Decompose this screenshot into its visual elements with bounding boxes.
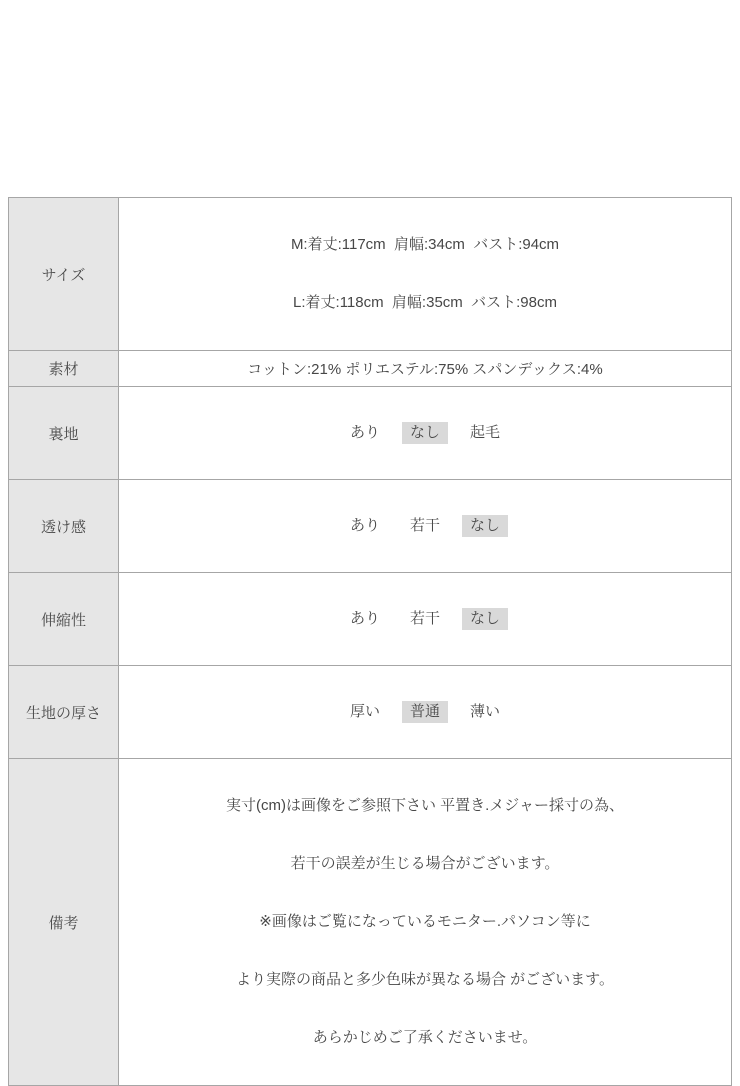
- sheerness-options: あり 若干 なし: [120, 515, 730, 537]
- spec-table: サイズ M:着丈:117cm 肩幅:34cm バスト:94cm L:着丈:118…: [8, 197, 732, 1086]
- lining-option-kimo: 起毛: [462, 422, 508, 444]
- spec-row-notes: 備考 実寸(cm)は画像をご参照下さい 平置き.メジャー採寸の為、 若干の誤差が…: [9, 759, 732, 1086]
- row-label-size: サイズ: [9, 198, 119, 351]
- product-spec-section: サイズ M:着丈:117cm 肩幅:34cm バスト:94cm L:着丈:118…: [8, 197, 732, 1086]
- spec-row-sheerness: 透け感 あり 若干 なし: [9, 480, 732, 573]
- notes-line-5: あらかじめご了承くださいませ。: [120, 1026, 730, 1050]
- row-label-sheerness: 透け感: [9, 480, 119, 573]
- thickness-options: 厚い 普通 薄い: [120, 701, 730, 723]
- spec-row-size: サイズ M:着丈:117cm 肩幅:34cm バスト:94cm L:着丈:118…: [9, 198, 732, 351]
- thickness-option-futsuu: 普通: [402, 701, 448, 723]
- stretch-options: あり 若干 なし: [120, 608, 730, 630]
- size-line-l: L:着丈:118cm 肩幅:35cm バスト:98cm: [120, 291, 730, 315]
- row-value-sheerness: あり 若干 なし: [119, 480, 732, 573]
- size-line-m: M:着丈:117cm 肩幅:34cm バスト:94cm: [120, 233, 730, 257]
- stretch-option-ari: あり: [342, 608, 388, 630]
- sheerness-option-ari: あり: [342, 515, 388, 537]
- lining-option-ari: あり: [342, 422, 388, 444]
- row-label-material: 素材: [9, 351, 119, 387]
- thickness-option-usui: 薄い: [462, 701, 508, 723]
- row-label-stretch: 伸縮性: [9, 573, 119, 666]
- row-value-notes: 実寸(cm)は画像をご参照下さい 平置き.メジャー採寸の為、 若干の誤差が生じる…: [119, 759, 732, 1086]
- spec-row-material: 素材 コットン:21% ポリエステル:75% スパンデックス:4%: [9, 351, 732, 387]
- spec-row-lining: 裏地 あり なし 起毛: [9, 387, 732, 480]
- row-label-notes: 備考: [9, 759, 119, 1086]
- thickness-option-atsui: 厚い: [342, 701, 388, 723]
- lining-option-nashi: なし: [402, 422, 448, 444]
- notes-line-2: 若干の誤差が生じる場合がございます。: [120, 852, 730, 876]
- row-value-size: M:着丈:117cm 肩幅:34cm バスト:94cm L:着丈:118cm 肩…: [119, 198, 732, 351]
- row-label-lining: 裏地: [9, 387, 119, 480]
- row-label-thickness: 生地の厚さ: [9, 666, 119, 759]
- stretch-option-nashi: なし: [462, 608, 508, 630]
- notes-line-3: ※画像はご覧になっているモニター.パソコン等に: [120, 910, 730, 934]
- spec-row-thickness: 生地の厚さ 厚い 普通 薄い: [9, 666, 732, 759]
- stretch-option-jakkan: 若干: [402, 608, 448, 630]
- notes-line-1: 実寸(cm)は画像をご参照下さい 平置き.メジャー採寸の為、: [120, 794, 730, 818]
- sheerness-option-nashi: なし: [462, 515, 508, 537]
- row-value-lining: あり なし 起毛: [119, 387, 732, 480]
- row-value-thickness: 厚い 普通 薄い: [119, 666, 732, 759]
- notes-line-4: より実際の商品と多少色味が異なる場合 がございます。: [120, 968, 730, 992]
- row-value-material: コットン:21% ポリエステル:75% スパンデックス:4%: [119, 351, 732, 387]
- row-value-stretch: あり 若干 なし: [119, 573, 732, 666]
- lining-options: あり なし 起毛: [120, 422, 730, 444]
- spec-row-stretch: 伸縮性 あり 若干 なし: [9, 573, 732, 666]
- sheerness-option-jakkan: 若干: [402, 515, 448, 537]
